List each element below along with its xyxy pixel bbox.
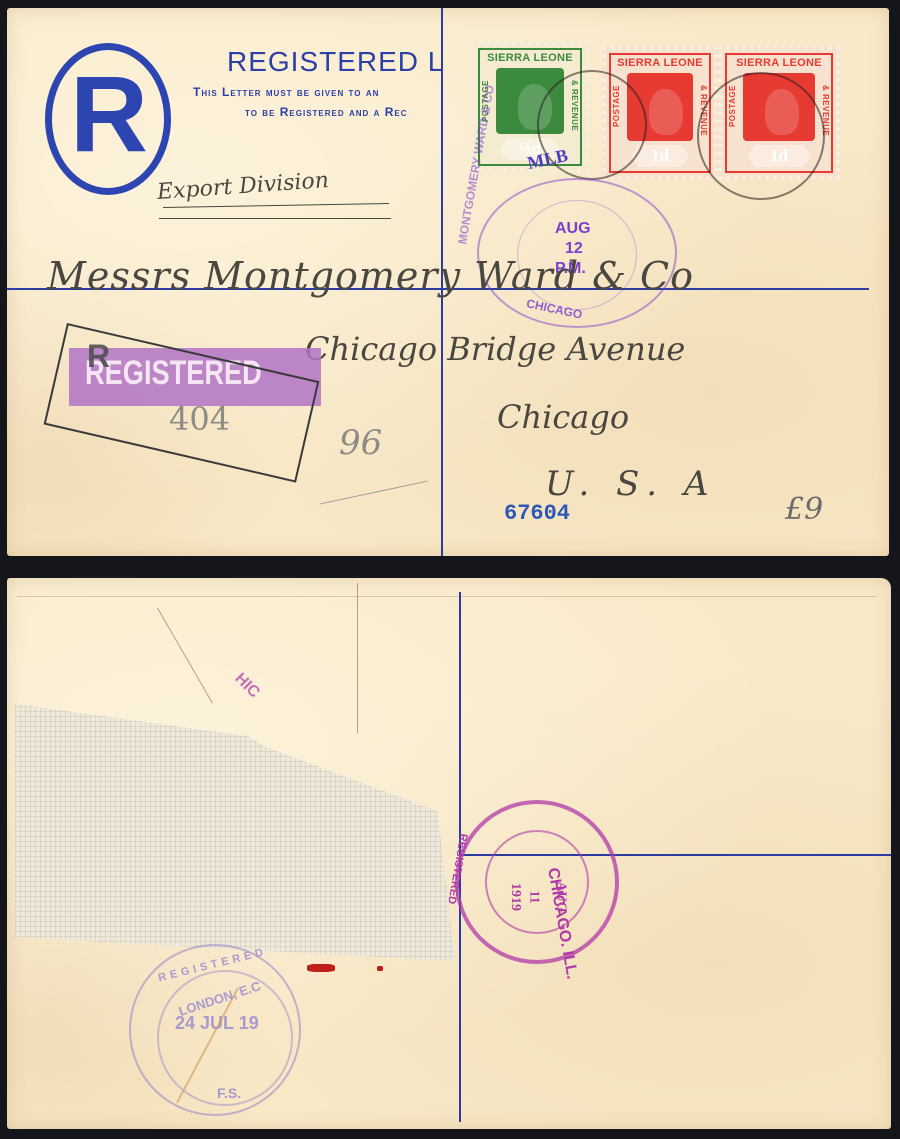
handwritten-city: Chicago (497, 398, 629, 436)
underline (163, 203, 389, 208)
chicago-cancel-month: AUG (554, 881, 568, 912)
pencil-note-96: 96 (339, 423, 382, 463)
chicago-cancel-inner (485, 830, 589, 934)
wax-spot (307, 964, 335, 972)
pencil-note-pounds: £9 (785, 492, 823, 527)
printed-title: REGISTERED L (227, 48, 444, 76)
cancel-month: AUG (555, 221, 591, 237)
printed-instruction-1: This Letter must be given to an (193, 86, 379, 98)
flap-fold (157, 608, 213, 704)
chicago-cancel-year: 1919 (508, 883, 522, 911)
pencil-stroke (320, 481, 428, 505)
registered-label-box (44, 323, 320, 483)
printed-instruction-2: to be Registered and a Rec (245, 106, 408, 118)
flap-fold (357, 583, 358, 733)
handwritten-export-division: Export Division (156, 168, 329, 205)
cloth-repair-patch (15, 704, 455, 972)
registered-r-letter: R (69, 60, 149, 168)
stamp-country: SIERRA LEONE (729, 58, 829, 69)
handwritten-country: U. S. A (545, 464, 716, 504)
envelope-front: R REGISTERED L This Letter must be given… (7, 8, 889, 556)
london-cancel-bottom: F.S. (217, 1086, 241, 1100)
wax-spot (377, 966, 383, 971)
registered-box-letter: R (87, 340, 110, 372)
chicago-cancel-day: 11 (527, 890, 541, 903)
stamp-country: SIERRA LEONE (613, 58, 707, 69)
partial-cancel-text: HIC (231, 671, 262, 702)
flap-fold (17, 596, 877, 597)
envelope-back: HIC CHICAGO. ILL. REGISTERED AUG 11 1919… (7, 578, 891, 1129)
registration-number: 67604 (504, 503, 570, 525)
handwritten-street: Chicago Bridge Avenue (305, 330, 685, 368)
underline (159, 218, 391, 219)
handwritten-addressee: Messrs Montgomery Ward & Co (47, 254, 694, 298)
sierra-leone-postmark-2 (697, 72, 825, 200)
stamp-country: SIERRA LEONE (482, 53, 578, 64)
